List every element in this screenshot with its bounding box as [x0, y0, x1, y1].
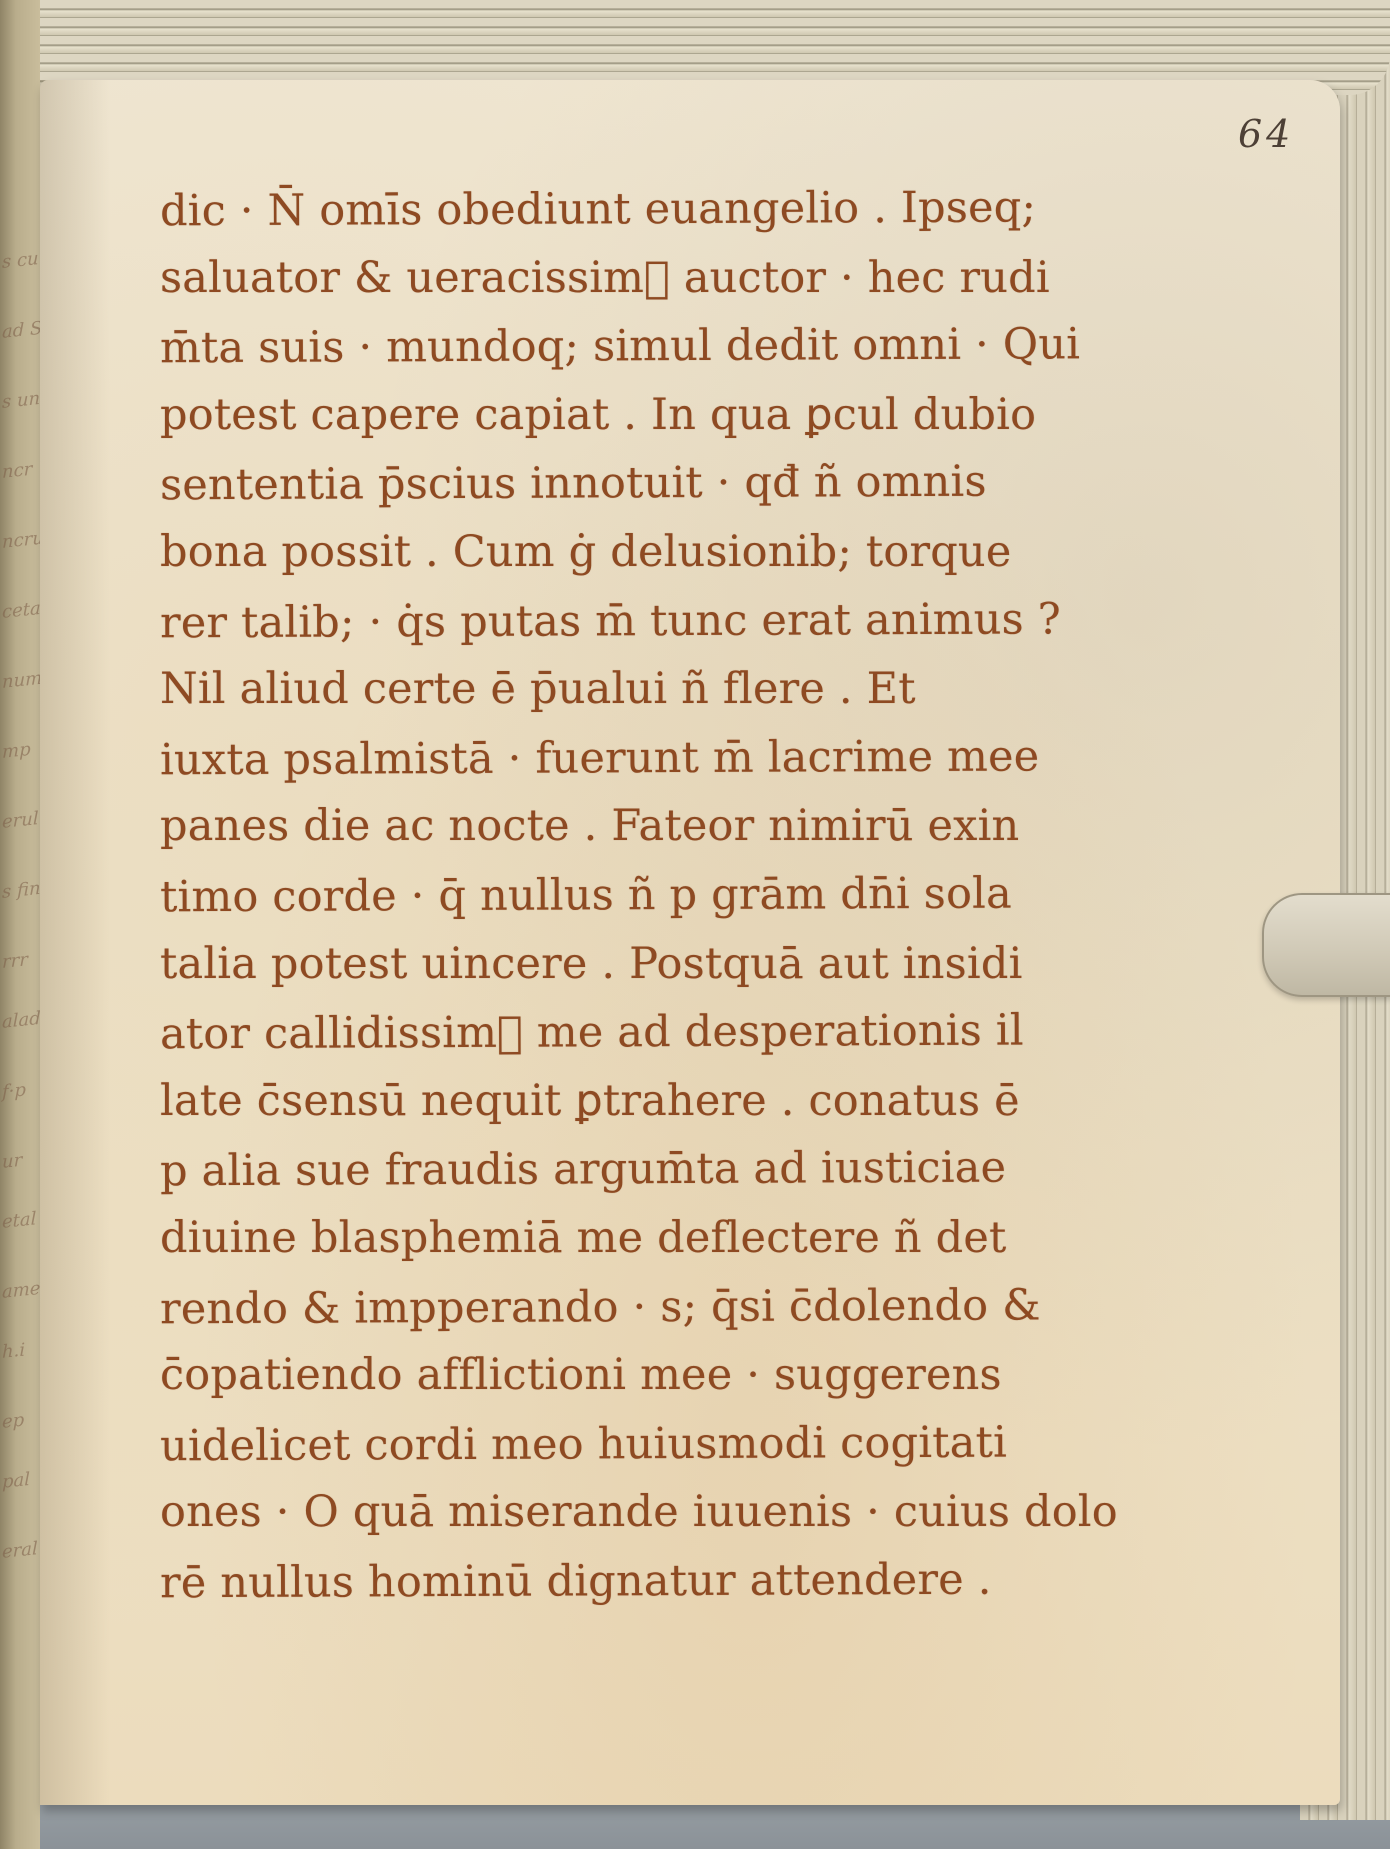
facing-page-gutter: s cu ad S s un ncr ncru ceta num mp erul…: [0, 0, 40, 1849]
bleed-text: etal: [2, 1208, 38, 1232]
text-line: p alia sue fraudis argum̄ta ad iusticiae: [160, 1133, 1220, 1206]
bleed-text: mp: [2, 738, 38, 762]
bleed-text: ame: [2, 1278, 38, 1302]
bleed-text: ncru: [2, 528, 38, 552]
bleed-text: alad: [2, 1008, 38, 1032]
text-line: rer talib; · q̇s putas m̄ tunc erat anim…: [160, 584, 1220, 657]
text-line: saluator & ueracissim᷒ auctor · hec rudi: [160, 244, 1220, 313]
bleed-text: pal: [2, 1468, 38, 1492]
text-line: rendo & impperando · s; q̄si c̄dolendo &: [160, 1270, 1220, 1343]
manuscript-text-block: dic · N̄ omīs obediunt euangelio . Ipseq…: [160, 175, 1220, 1615]
text-line: ones · O quā miserande iuuenis · cuius d…: [160, 1478, 1220, 1547]
bleed-text: s un: [2, 388, 38, 412]
text-line: potest capere capiat . In qua ꝑcul dubio: [160, 381, 1220, 450]
bleed-text: ceta: [2, 598, 38, 622]
text-line: uidelicet cordi meo huiusmodi cogitati: [160, 1407, 1220, 1480]
text-line: panes die ac nocte . Fateor nimirū exin: [160, 792, 1220, 861]
text-line: sententia p̄scius innotuit · qđ ñ omnis: [160, 447, 1220, 520]
text-line: talia potest uincere . Postquā aut insid…: [160, 930, 1220, 999]
text-line: timo corde · q̄ nullus ñ p grām dn̄i sol…: [160, 859, 1220, 932]
text-line: iuxta psalmistā · fuerunt m̄ lacrime mee: [160, 721, 1220, 794]
manuscript-photo: s cu ad S s un ncr ncru ceta num mp erul…: [0, 0, 1390, 1849]
bleed-text: ur: [2, 1148, 38, 1172]
bleed-text: eral: [2, 1538, 38, 1562]
text-line: dic · N̄ omīs obediunt euangelio . Ipseq…: [160, 173, 1220, 246]
bleed-text: num: [2, 668, 38, 692]
bleed-text: h.i: [2, 1338, 38, 1362]
text-line: late c̄sensū nequit ꝑtrahere . conatus ē: [160, 1067, 1220, 1136]
bleed-text: rrr: [2, 948, 38, 972]
clasp-tab: [1262, 893, 1390, 997]
bleed-text: ad S: [2, 318, 38, 342]
text-line: ator callidissim᷒ me ad desperationis il: [160, 996, 1220, 1069]
bleed-text: s cu: [2, 248, 38, 272]
text-line: diuine blasphemiā me deflectere ñ det: [160, 1204, 1220, 1273]
bleed-text: ncr: [2, 458, 38, 482]
folio-number: 64: [1238, 112, 1294, 156]
text-line: bona possit . Cum ġ delusionib; torque: [160, 518, 1220, 587]
text-line: m̄ta suis · mundoq; simul dedit omni · Q…: [160, 310, 1220, 383]
bleed-text: ep: [2, 1408, 38, 1432]
text-line: Nil aliud certe ē p̄ualui ñ flere . Et: [160, 655, 1220, 724]
text-line: c̄opatiendo afflictioni mee · suggerens: [160, 1341, 1220, 1410]
bleed-text: s fin: [2, 878, 38, 902]
text-line: rē nullus hominū dignatur attendere .: [160, 1545, 1220, 1618]
bleed-text: f·p: [2, 1078, 38, 1102]
bleed-text: erul: [2, 808, 38, 832]
